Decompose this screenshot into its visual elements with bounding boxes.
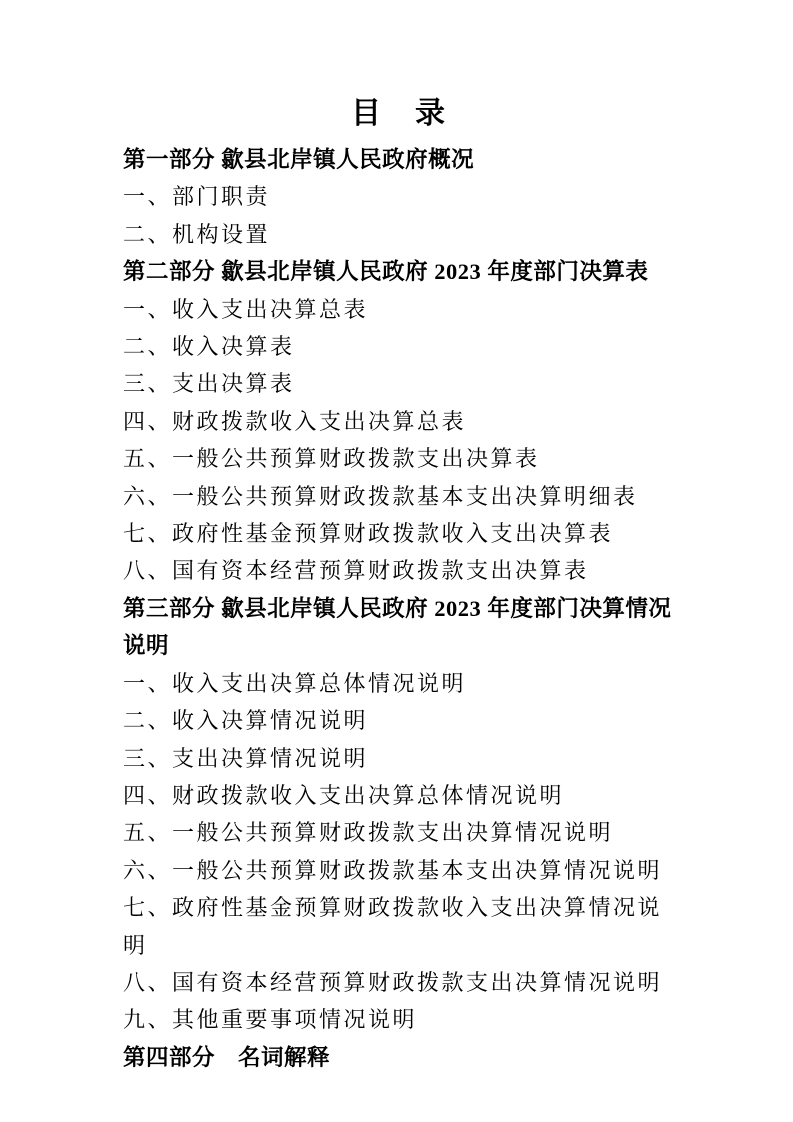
toc-section-heading: 第四部分 名词解释 bbox=[123, 1039, 675, 1076]
toc-item: 九、其他重要事项情况说明 bbox=[123, 1001, 675, 1038]
toc-section-heading: 第三部分 歙县北岸镇人民政府 2023 年度部门决算情况说明 bbox=[123, 590, 675, 665]
toc-section-heading: 第一部分 歙县北岸镇人民政府概况 bbox=[123, 141, 675, 178]
toc-item: 五、一般公共预算财政拨款支出决算表 bbox=[123, 440, 675, 477]
page-title: 目 录 bbox=[123, 95, 675, 133]
toc-item: 五、一般公共预算财政拨款支出决算情况说明 bbox=[123, 814, 675, 851]
toc-item: 八、国有资本经营预算财政拨款支出决算表 bbox=[123, 552, 675, 589]
toc-item: 一、收入支出决算总体情况说明 bbox=[123, 665, 675, 702]
toc-list: 第一部分 歙县北岸镇人民政府概况一、部门职责二、机构设置第二部分 歙县北岸镇人民… bbox=[123, 141, 675, 1076]
toc-section-heading: 第二部分 歙县北岸镇人民政府 2023 年度部门决算表 bbox=[123, 253, 675, 290]
toc-item: 三、支出决算表 bbox=[123, 365, 675, 402]
toc-item: 四、财政拨款收入支出决算总体情况说明 bbox=[123, 777, 675, 814]
toc-item: 七、政府性基金预算财政拨款收入支出决算表 bbox=[123, 515, 675, 552]
toc-item: 八、国有资本经营预算财政拨款支出决算情况说明 bbox=[123, 964, 675, 1001]
toc-item: 六、一般公共预算财政拨款基本支出决算情况说明 bbox=[123, 852, 675, 889]
document-page: 目 录 第一部分 歙县北岸镇人民政府概况一、部门职责二、机构设置第二部分 歙县北… bbox=[0, 0, 793, 1122]
toc-item: 三、支出决算情况说明 bbox=[123, 740, 675, 777]
toc-item: 一、部门职责 bbox=[123, 178, 675, 215]
toc-item: 四、财政拨款收入支出决算总表 bbox=[123, 403, 675, 440]
toc-item: 六、一般公共预算财政拨款基本支出决算明细表 bbox=[123, 478, 675, 515]
toc-item: 一、收入支出决算总表 bbox=[123, 291, 675, 328]
toc-item: 七、政府性基金预算财政拨款收入支出决算情况说明 bbox=[123, 889, 675, 964]
toc-item: 二、收入决算表 bbox=[123, 328, 675, 365]
toc-item: 二、收入决算情况说明 bbox=[123, 702, 675, 739]
toc-item: 二、机构设置 bbox=[123, 216, 675, 253]
